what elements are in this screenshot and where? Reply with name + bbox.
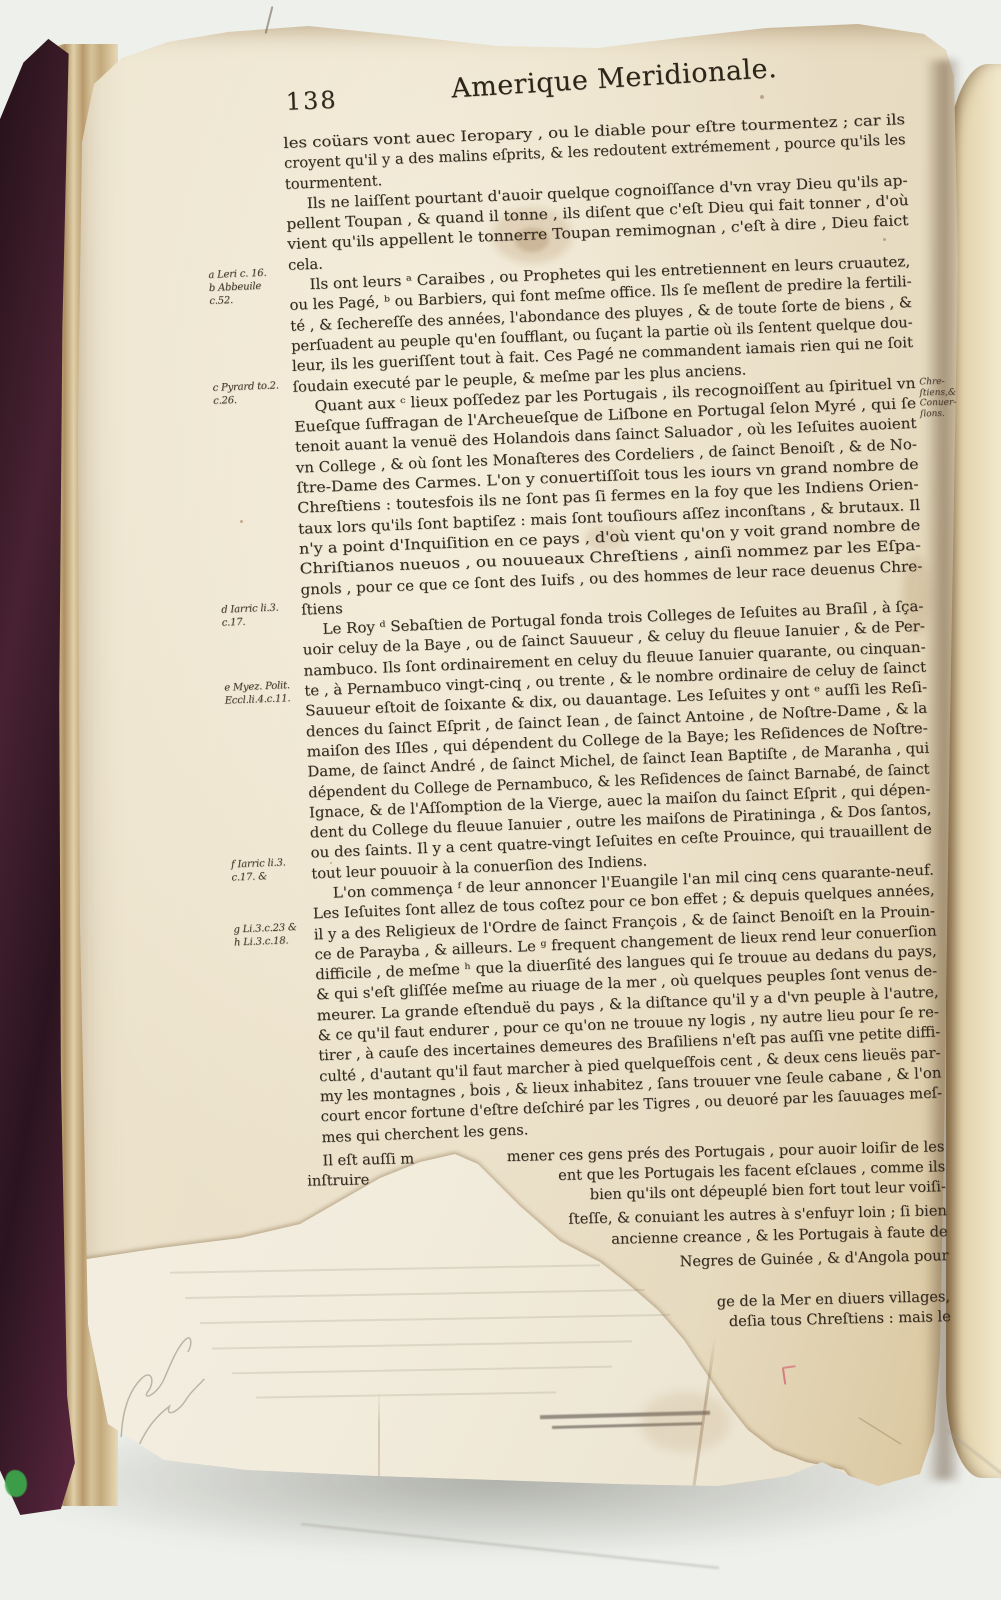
margin-note-c: c Pyrard to.2. c.26. <box>213 380 292 409</box>
torn-text-left: Il eſt auſſi m <box>322 1149 414 1171</box>
margin-note-a: a Leri c. 16. b Abbeuile c.52. <box>208 267 287 308</box>
foxing-dot <box>240 520 243 523</box>
margin-note-g: g Li.3.c.23 & h Li.3.c.18. <box>233 921 312 950</box>
body-line: ſtiens <box>301 599 343 621</box>
body-text: les coüars vont auec Ieropary , ou le di… <box>283 110 943 1148</box>
margin-note-d: d Iarric li.3. c.17. <box>221 602 300 631</box>
margin-note-e: e Myez. Polit. Eccl.li.4.c.11. <box>224 680 303 709</box>
body-line: cela. <box>288 254 324 276</box>
page-folio: 138 <box>285 86 338 116</box>
green-fabric-speck <box>5 1470 27 1497</box>
photo-scene: 138 Amerique Meridionale. a Leri c. 16. … <box>0 0 1001 1600</box>
page-content: 138 Amerique Meridionale. a Leri c. 16. … <box>283 110 954 1423</box>
torn-text-left: inſtruire <box>307 1170 369 1191</box>
torn-text-right: deſia tous Chreſtiens : mais le <box>729 1307 951 1332</box>
foxing-dot <box>760 95 764 99</box>
margin-note-f: f Iarric li.3. c.17. & <box>231 857 310 886</box>
margin-note-right: Chre- ſtiens,& Conuer- ſions. <box>919 376 966 419</box>
torn-text-right: Negres de Guinée , & d'Angola pour <box>679 1246 948 1272</box>
margin-note-line: ſions. <box>920 408 966 420</box>
pencil-inscription <box>86 1314 276 1444</box>
